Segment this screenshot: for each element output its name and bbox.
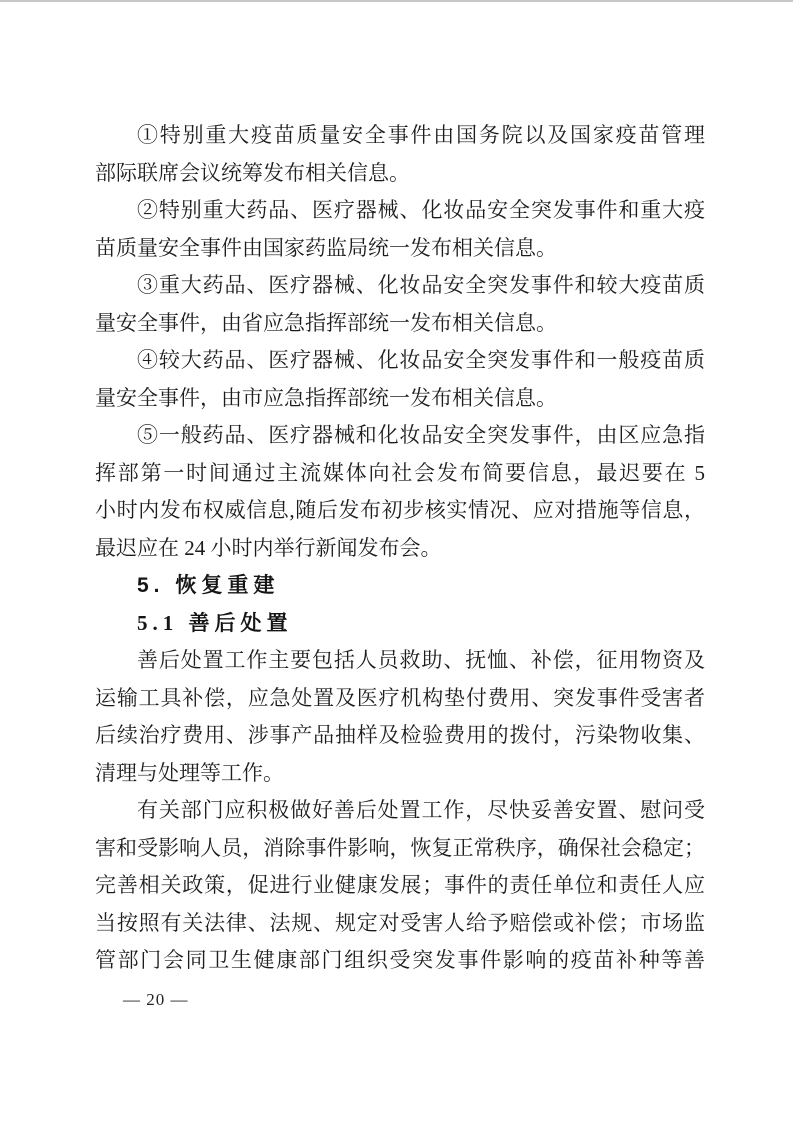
paragraph-6: 善后处置工作主要包括人员救助、抚恤、补偿，征用物资及 运输工具补偿，应急处置及医… (95, 642, 705, 792)
text-line: 量安全事件，由市应急指挥部统一发布相关信息。 (95, 380, 705, 418)
scan-edge-artifact (0, 0, 793, 2)
paragraph-7: 有关部门应积极做好善后处置工作，尽快妥善安置、慰问受 害和受影响人员，消除事件影… (95, 792, 705, 980)
text-line: 部际联席会议统筹发布相关信息。 (95, 155, 705, 193)
document-page: ①特别重大疫苗质量安全事件由国务院以及国家疫苗管理 部际联席会议统筹发布相关信息… (0, 0, 793, 1122)
text-line: ⑤一般药品、医疗器械和化妆品安全突发事件，由区应急指 (95, 417, 705, 455)
text-line: 善后处置工作主要包括人员救助、抚恤、补偿，征用物资及 (95, 642, 705, 680)
text-line: ①特别重大疫苗质量安全事件由国务院以及国家疫苗管理 (95, 117, 705, 155)
text-line: 挥部第一时间通过主流媒体向社会发布简要信息，最迟要在 5 (95, 455, 705, 493)
section-heading-recovery: 5. 恢复重建 (95, 567, 705, 605)
text-line: ③重大药品、医疗器械、化妆品安全突发事件和较大疫苗质 (95, 267, 705, 305)
text-line: 有关部门应积极做好善后处置工作，尽快妥善安置、慰问受 (95, 792, 705, 830)
paragraph-5: ⑤一般药品、医疗器械和化妆品安全突发事件，由区应急指 挥部第一时间通过主流媒体向… (95, 417, 705, 567)
paragraph-1: ①特别重大疫苗质量安全事件由国务院以及国家疫苗管理 部际联席会议统筹发布相关信息… (95, 117, 705, 192)
text-line: 当按照有关法律、法规、规定对受害人给予赔偿或补偿；市场监 (95, 905, 705, 943)
paragraph-3: ③重大药品、医疗器械、化妆品安全突发事件和较大疫苗质 量安全事件，由省应急指挥部… (95, 267, 705, 342)
text-line: 最迟应在 24 小时内举行新闻发布会。 (95, 530, 705, 568)
text-line: 运输工具补偿，应急处置及医疗机构垫付费用、突发事件受害者 (95, 680, 705, 718)
text-line: ②特别重大药品、医疗器械、化妆品安全突发事件和重大疫 (95, 192, 705, 230)
text-line: 后续治疗费用、涉事产品抽样及检验费用的拨付，污染物收集、 (95, 717, 705, 755)
text-line: ④较大药品、医疗器械、化妆品安全突发事件和一般疫苗质 (95, 342, 705, 380)
paragraph-2: ②特别重大药品、医疗器械、化妆品安全突发事件和重大疫 苗质量安全事件由国家药监局… (95, 192, 705, 267)
page-footer: — 20 — (123, 988, 189, 1012)
text-line: 量安全事件，由省应急指挥部统一发布相关信息。 (95, 305, 705, 343)
subsection-heading-aftermath: 5.1 善后处置 (95, 605, 705, 643)
text-line: 清理与处理等工作。 (95, 755, 705, 793)
text-line: 小时内发布权威信息,随后发布初步核实情况、应对措施等信息， (95, 492, 705, 530)
text-line: 害和受影响人员，消除事件影响，恢复正常秩序，确保社会稳定； (95, 830, 705, 868)
paragraph-4: ④较大药品、医疗器械、化妆品安全突发事件和一般疫苗质 量安全事件，由市应急指挥部… (95, 342, 705, 417)
text-line: 管部门会同卫生健康部门组织受突发事件影响的疫苗补种等善 (95, 942, 705, 980)
document-body: ①特别重大疫苗质量安全事件由国务院以及国家疫苗管理 部际联席会议统筹发布相关信息… (95, 117, 705, 980)
page-number: — 20 — (123, 990, 189, 1009)
text-line: 苗质量安全事件由国家药监局统一发布相关信息。 (95, 230, 705, 268)
text-line: 完善相关政策，促进行业健康发展；事件的责任单位和责任人应 (95, 867, 705, 905)
